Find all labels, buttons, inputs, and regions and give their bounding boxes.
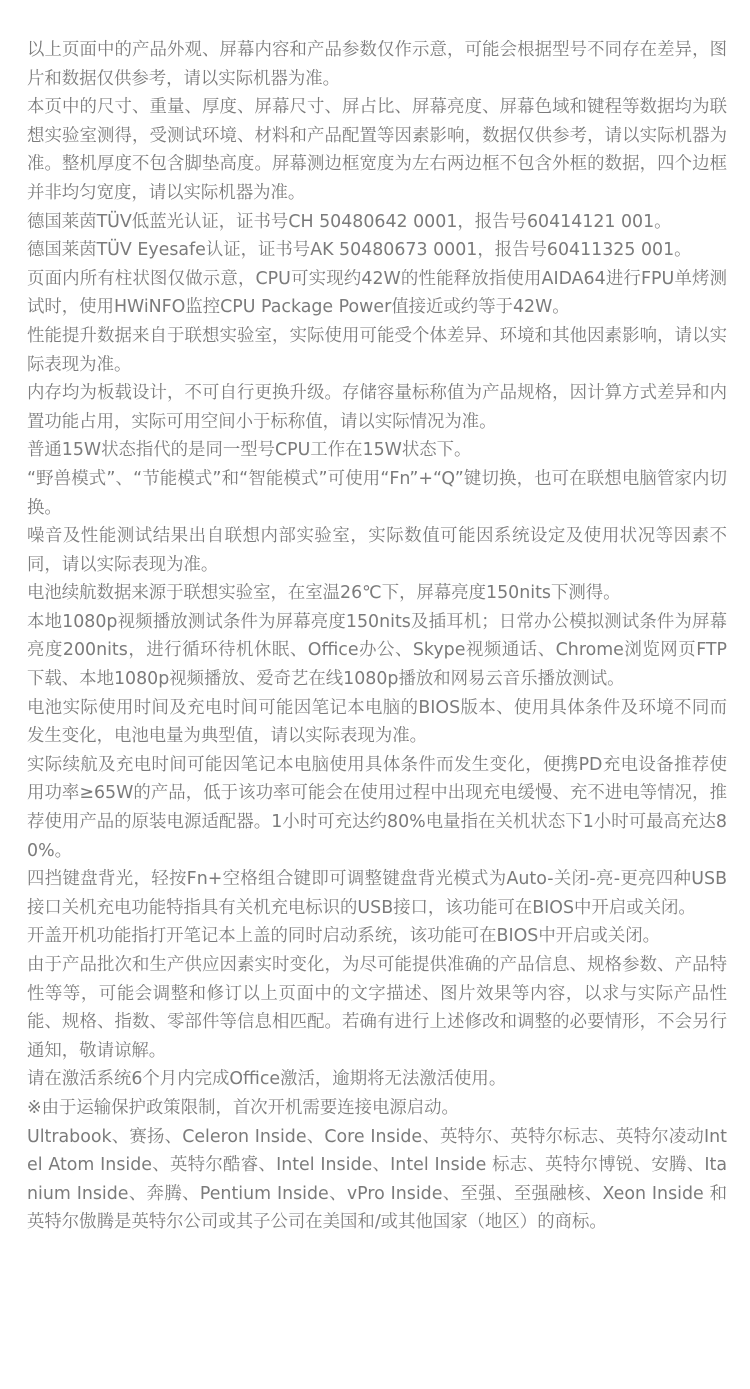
disclaimer-text-block: 以上页面中的产品外观、屏幕内容和产品参数仅作示意，可能会根据型号不同存在差异，图… bbox=[27, 36, 727, 1237]
disclaimer-paragraph-battery-bios: 电池实际使用时间及充电时间可能因笔记本电脑的BIOS版本、使用具体条件及环境不同… bbox=[27, 694, 727, 751]
disclaimer-paragraph-appearance: 以上页面中的产品外观、屏幕内容和产品参数仅作示意，可能会根据型号不同存在差异，图… bbox=[27, 36, 727, 93]
disclaimer-paragraph-tuv-low-blue-light: 德国莱茵TÜV低蓝光认证，证书号CH 50480642 0001，报告号6041… bbox=[27, 208, 727, 237]
disclaimer-paragraph-dimensions: 本页中的尺寸、重量、厚度、屏幕尺寸、屏占比、屏幕亮度、屏幕色域和键程等数据均为联… bbox=[27, 93, 727, 207]
disclaimer-paragraph-trademarks: Ultrabook、赛扬、Celeron Inside、Core Inside、… bbox=[27, 1123, 727, 1237]
disclaimer-paragraph-first-boot: ※由于运输保护政策限制，首次开机需要连接电源启动。 bbox=[27, 1094, 727, 1123]
disclaimer-paragraph-product-changes: 由于产品批次和生产供应因素实时变化，为尽可能提供准确的产品信息、规格参数、产品特… bbox=[27, 951, 727, 1065]
disclaimer-paragraph-lid-power-on: 开盖开机功能指打开笔记本上盖的同时启动系统，该功能可在BIOS中开启或关闭。 bbox=[27, 922, 727, 951]
disclaimer-paragraph-tuv-eyesafe: 德国莱茵TÜV Eyesafe认证，证书号AK 50480673 0001，报告… bbox=[27, 236, 727, 265]
disclaimer-paragraph-office-activation: 请在激活系统6个月内完成Office激活，逾期将无法激活使用。 bbox=[27, 1065, 727, 1094]
disclaimer-paragraph-modes: “野兽模式”、“节能模式”和“智能模式”可使用“Fn”+“Q”键切换，也可在联想… bbox=[27, 465, 727, 522]
disclaimer-paragraph-video-test: 本地1080p视频播放测试条件为屏幕亮度150nits及插耳机；日常办公模拟测试… bbox=[27, 608, 727, 694]
disclaimer-paragraph-15w-state: 普通15W状态指代的是同一型号CPU工作在15W状态下。 bbox=[27, 436, 727, 465]
disclaimer-paragraph-performance: 性能提升数据来自于联想实验室，实际使用可能受个体差异、环境和其他因素影响，请以实… bbox=[27, 322, 727, 379]
disclaimer-paragraph-battery-source: 电池续航数据来源于联想实验室，在室温26℃下，屏幕亮度150nits下测得。 bbox=[27, 579, 727, 608]
disclaimer-paragraph-memory-storage: 内存均为板载设计，不可自行更换升级。存储容量标称值为产品规格，因计算方式差异和内… bbox=[27, 379, 727, 436]
disclaimer-paragraph-noise-test: 噪音及性能测试结果出自联想内部实验室，实际数值可能因系统设定及使用状况等因素不同… bbox=[27, 522, 727, 579]
disclaimer-paragraph-charging: 实际续航及充电时间可能因笔记本电脑使用具体条件而发生变化，便携PD充电设备推荐使… bbox=[27, 751, 727, 865]
disclaimer-paragraph-keyboard-usb: 四挡键盘背光，轻按Fn+空格组合键即可调整键盘背光模式为Auto-关闭-亮-更亮… bbox=[27, 865, 727, 922]
disclaimer-paragraph-cpu-power: 页面内所有柱状图仅做示意，CPU可实现约42W的性能释放指使用AIDA64进行F… bbox=[27, 265, 727, 322]
